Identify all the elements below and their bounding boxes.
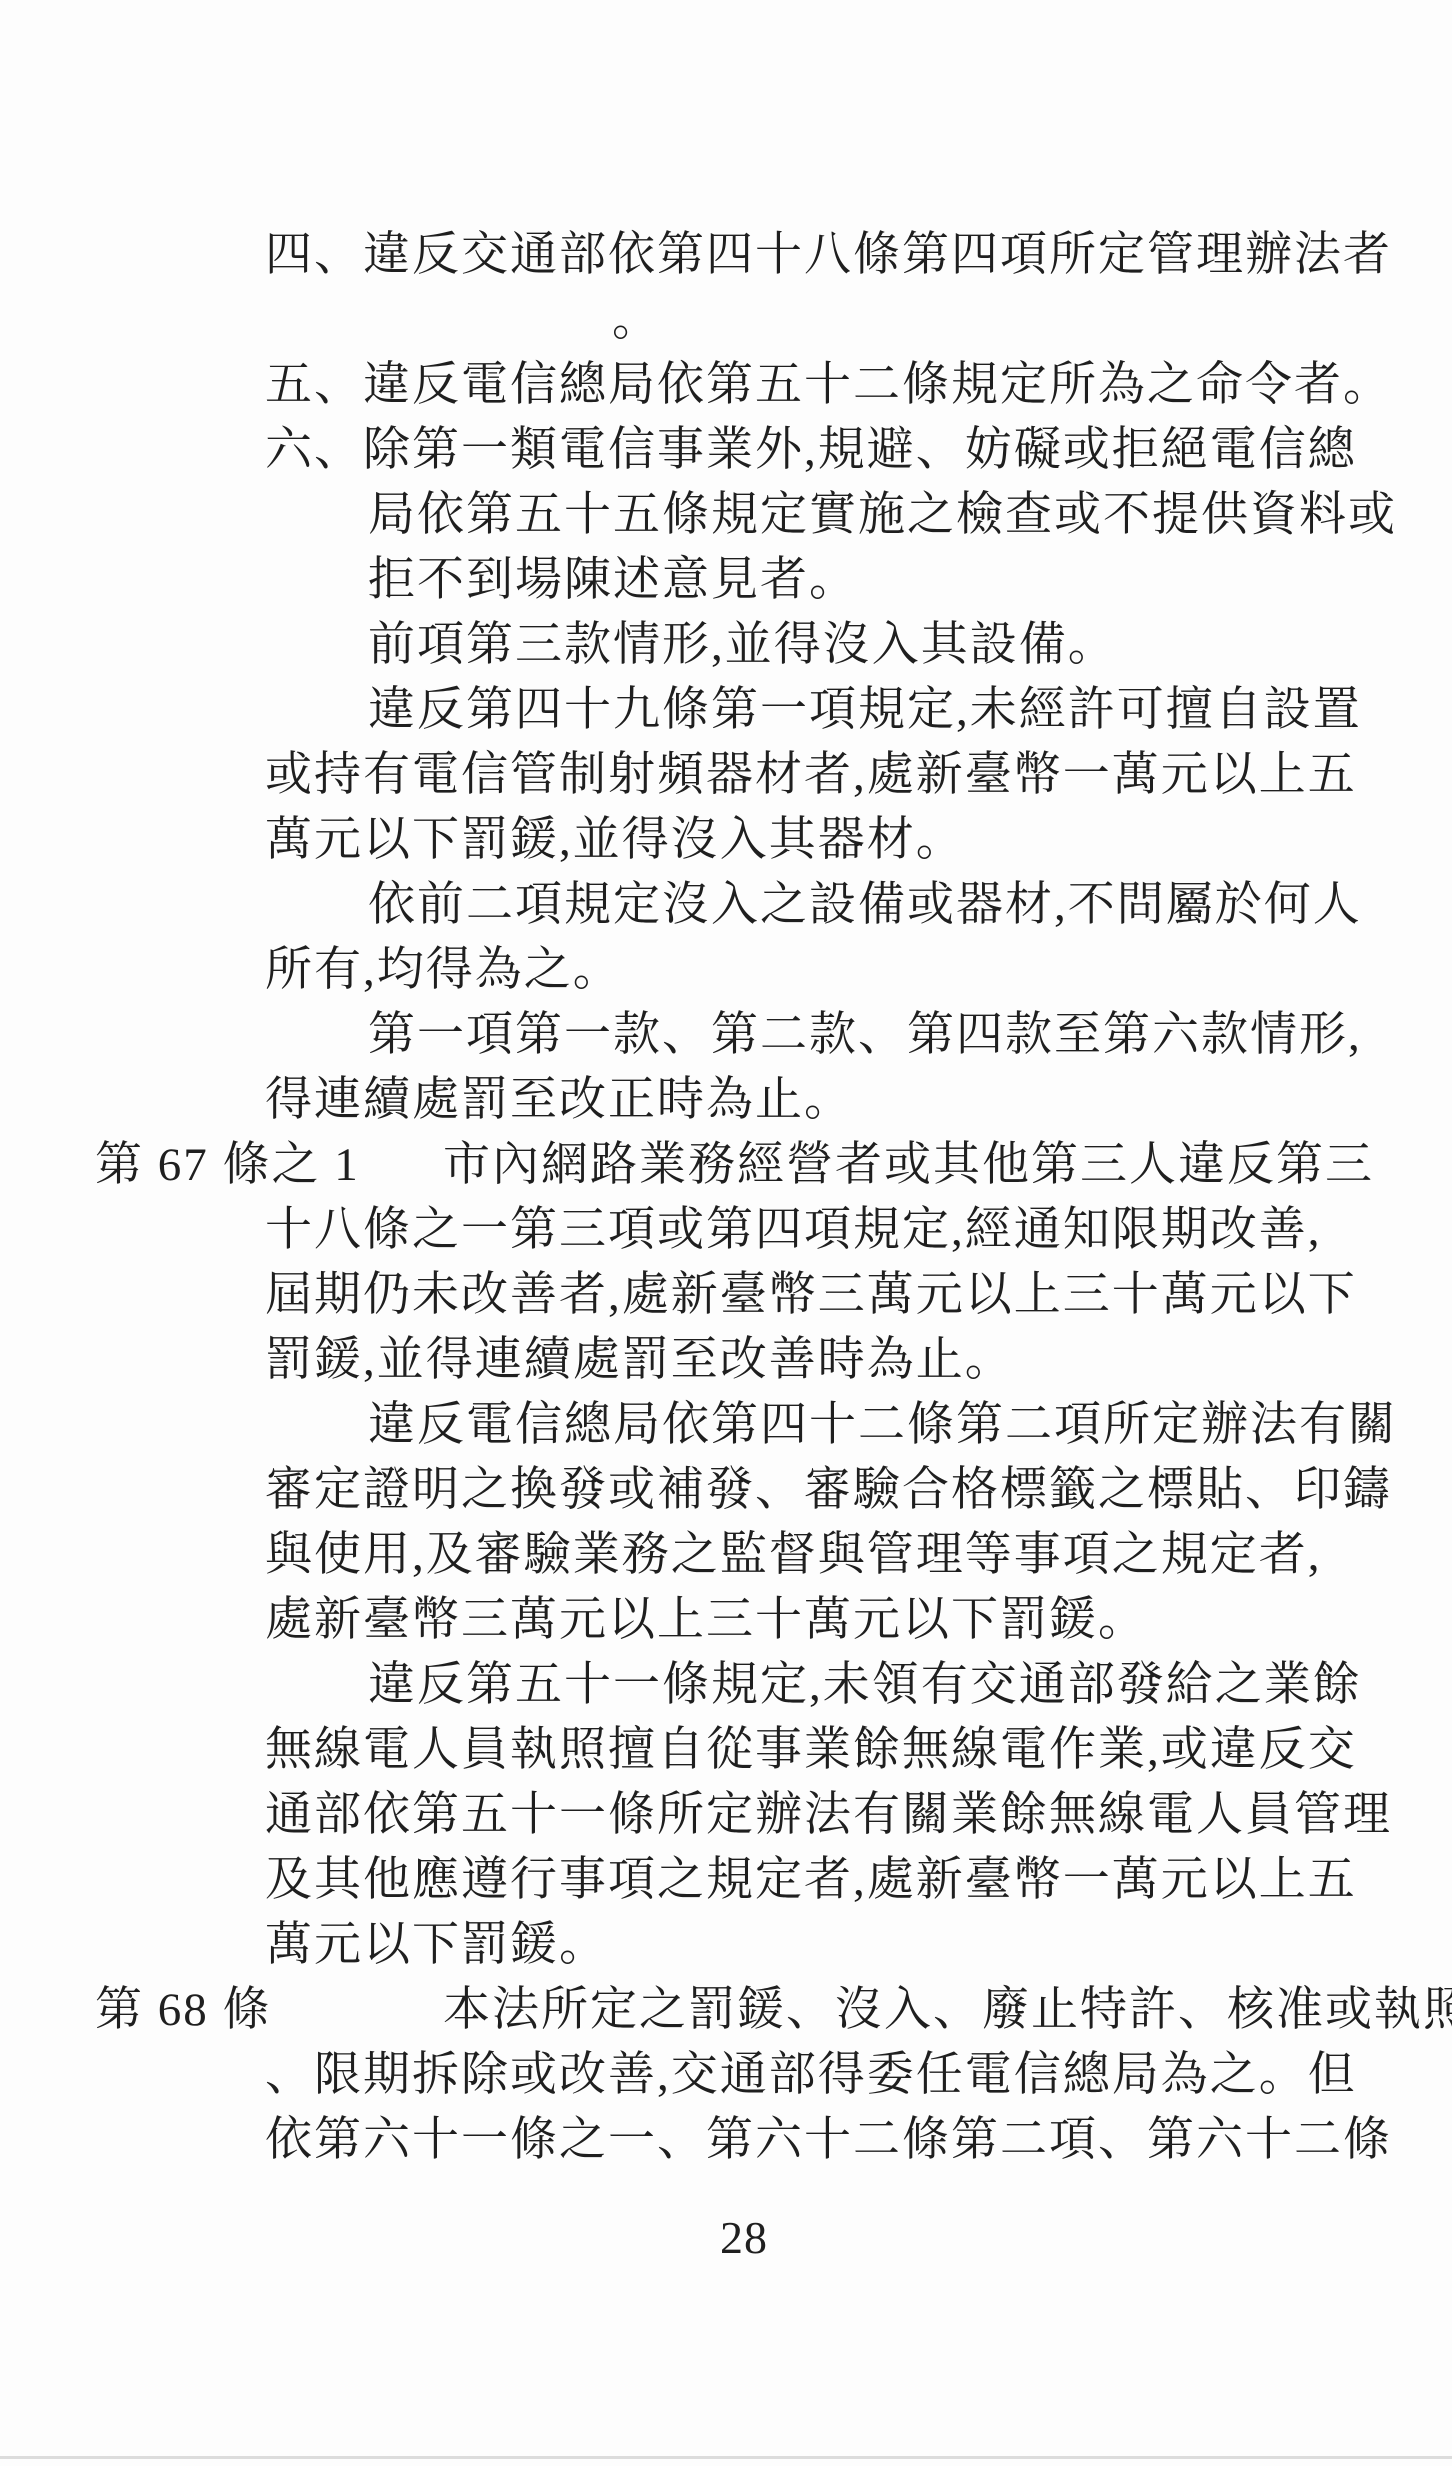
text-line: 與使用,及審驗業務之監督與管理等事項之規定者, <box>0 1523 1452 1588</box>
text-line: 局依第五十五條規定實施之檢查或不提供資料或 <box>0 483 1452 548</box>
text-line: 無線電人員執照擅自從事業餘無線電作業,或違反交 <box>0 1718 1452 1783</box>
text-line: 審定證明之換發或補發、審驗合格標籤之標貼、印鑄 <box>0 1458 1452 1523</box>
text-line: 六、除第一類電信事業外,規避、妨礙或拒絕電信總 <box>0 418 1452 483</box>
text-line: 及其他應遵行事項之規定者,處新臺幣一萬元以上五 <box>0 1848 1452 1913</box>
text-line: 處新臺幣三萬元以上三十萬元以下罰鍰。 <box>0 1588 1452 1653</box>
scan-edge-artifact <box>0 2456 1452 2459</box>
text-line: 五、違反電信總局依第五十二條規定所為之命令者。 <box>0 353 1452 418</box>
text-line: 第一項第一款、第二款、第四款至第六款情形, <box>0 1003 1452 1068</box>
article-first-line-text: 市內網路業務經營者或其他第三人違反第三 <box>443 1139 1374 1191</box>
article-number: 第 67 條之 1 <box>95 1133 360 1198</box>
page-number: 28 <box>18 2208 1452 2268</box>
text-line: 違反電信總局依第四十二條第二項所定辦法有關 <box>0 1393 1452 1458</box>
text-line: 屆期仍未改善者,處新臺幣三萬元以上三十萬元以下 <box>0 1263 1452 1328</box>
text-line: 違反第五十一條規定,未領有交通部發給之業餘 <box>0 1653 1452 1718</box>
text-line: 第 68 條本法所定之罰鍰、沒入、廢止特許、核准或執照 <box>0 1978 1452 2043</box>
text-line: 通部依第五十一條所定辦法有關業餘無線電人員管理 <box>0 1783 1452 1848</box>
text-line: 第 67 條之 1市內網路業務經營者或其他第三人違反第三 <box>0 1133 1452 1198</box>
text-line: 前項第三款情形,並得沒入其設備。 <box>0 613 1452 678</box>
text-line: 依前二項規定沒入之設備或器材,不問屬於何人 <box>0 873 1452 938</box>
text-line: 十八條之一第三項或第四項規定,經通知限期改善, <box>0 1198 1452 1263</box>
text-line: 或持有電信管制射頻器材者,處新臺幣一萬元以上五 <box>0 743 1452 808</box>
text-block: 四、違反交通部依第四十八條第四項所定管理辦法者。五、違反電信總局依第五十二條規定… <box>0 223 1452 2173</box>
text-line: 、限期拆除或改善,交通部得委任電信總局為之。但 <box>0 2043 1452 2108</box>
text-line: 。 <box>0 288 1452 353</box>
text-line: 依第六十一條之一、第六十二條第二項、第六十二條 <box>0 2108 1452 2173</box>
text-line: 拒不到場陳述意見者。 <box>0 548 1452 613</box>
text-line: 萬元以下罰鍰,並得沒入其器材。 <box>0 808 1452 873</box>
article-number: 第 68 條 <box>95 1978 272 2043</box>
text-line: 所有,均得為之。 <box>0 938 1452 1003</box>
text-line: 萬元以下罰鍰。 <box>0 1913 1452 1978</box>
text-line: 四、違反交通部依第四十八條第四項所定管理辦法者 <box>0 223 1452 288</box>
text-line: 違反第四十九條第一項規定,未經許可擅自設置 <box>0 678 1452 743</box>
article-first-line-text: 本法所定之罰鍰、沒入、廢止特許、核准或執照 <box>443 1984 1452 2036</box>
document-page: 四、違反交通部依第四十八條第四項所定管理辦法者。五、違反電信總局依第五十二條規定… <box>0 0 1452 2466</box>
text-line: 罰鍰,並得連續處罰至改善時為止。 <box>0 1328 1452 1393</box>
text-line: 得連續處罰至改正時為止。 <box>0 1068 1452 1133</box>
